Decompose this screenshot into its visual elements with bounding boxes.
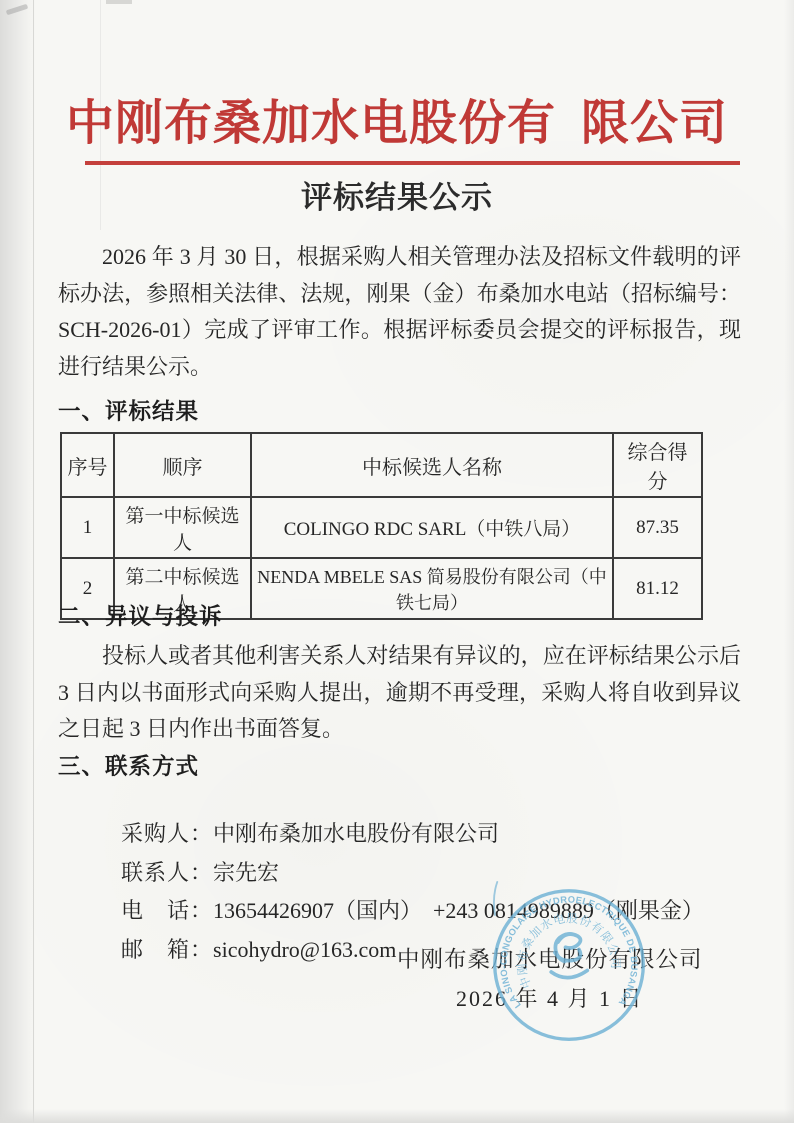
objection-paragraph: 投标人或者其他利害关系人对结果有异议的，应在评标结果公示后 3 日内以书面形式向… [58, 638, 741, 748]
contact-value: sicohydro@163.com [213, 937, 396, 962]
section-1-heading: 一、评标结果 [58, 394, 199, 426]
evaluation-result-table: 序号 顺序 中标候选人名称 综合得分 1 第一中标候选人 COLINGO RDC… [60, 432, 703, 620]
contact-label: 电 话： [121, 898, 213, 923]
cell-candidate-name: NENDA MBELE SAS 简易股份有限公司（中铁七局） [251, 558, 613, 619]
col-header-candidate-name: 中标候选人名称 [251, 433, 613, 497]
seal-center-emblem [551, 934, 587, 978]
company-seal: LA SINO-CONGOLAISE HYDROELECTRIQUE DE BU… [480, 870, 660, 1050]
col-header-index: 序号 [61, 433, 114, 497]
section-3-heading: 三、联系方式 [58, 749, 199, 781]
cell-candidate-name: COLINGO RDC SARL（中铁八局） [251, 497, 613, 558]
letterhead-underline [85, 161, 740, 165]
contact-label: 邮 箱： [121, 937, 213, 962]
col-header-score: 综合得分 [613, 433, 702, 497]
company-letterhead-title: 中刚布桑加水电股份有 限公司 [0, 84, 794, 153]
cell-score: 87.35 [613, 497, 702, 558]
contact-label: 联系人： [121, 860, 213, 885]
table-header-row: 序号 顺序 中标候选人名称 综合得分 [61, 433, 702, 497]
contact-purchaser: 采购人：中刚布桑加水电股份有限公司 [88, 791, 704, 830]
document-title: 评标结果公示 [0, 172, 794, 217]
contact-value: 中刚布桑加水电股份有限公司 [213, 821, 499, 846]
contact-label: 采购人： [121, 821, 213, 846]
scan-edge-right [784, 0, 794, 1123]
scan-edge-left [0, 0, 36, 1123]
col-header-rank: 顺序 [114, 433, 251, 497]
seal-stray-mark [494, 882, 497, 915]
intro-paragraph: 2026 年 3 月 30 日，根据采购人相关管理办法及招标文件载明的评标办法，… [58, 239, 741, 385]
scan-fold-line [33, 0, 34, 1123]
cell-score: 81.12 [613, 558, 702, 619]
scanned-document-page: 中刚布桑加水电股份有 限公司 评标结果公示 2026 年 3 月 30 日，根据… [0, 0, 794, 1123]
scan-edge-bottom [0, 1109, 794, 1123]
scan-artifact-top [106, 0, 132, 4]
cell-rank: 第一中标候选人 [114, 497, 251, 558]
contact-value: 宗先宏 [213, 860, 279, 885]
table-row: 1 第一中标候选人 COLINGO RDC SARL（中铁八局） 87.35 [61, 497, 702, 558]
section-2-heading: 二、异议与投诉 [58, 599, 223, 631]
cell-index: 1 [61, 497, 114, 558]
